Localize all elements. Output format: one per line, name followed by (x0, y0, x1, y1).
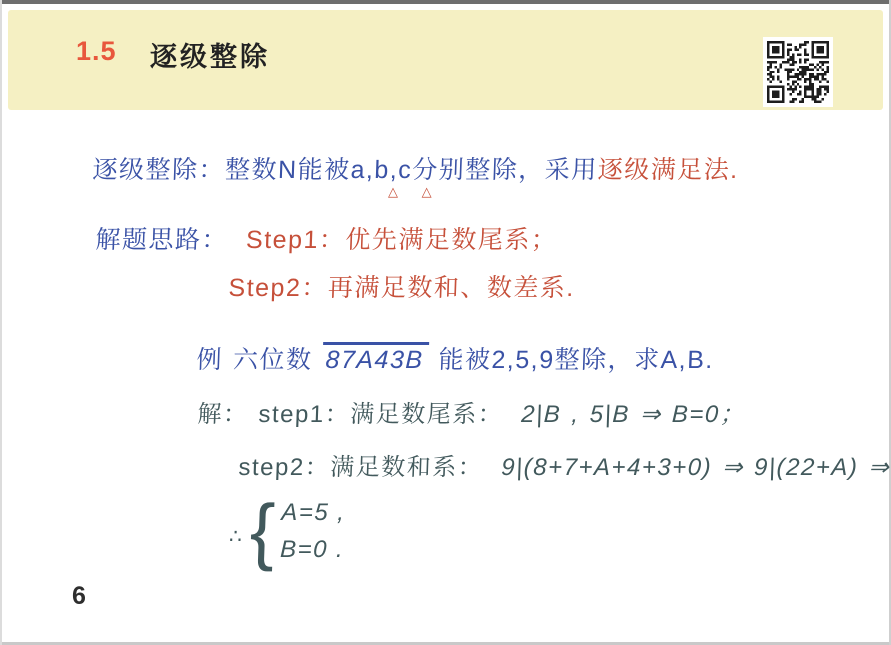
solution-step2-label: step2：满足数和系： (238, 454, 484, 481)
solution-step1-line: 解：step1：满足数尾系：2|B , 5|B ⇒ B=0； (197, 394, 746, 429)
qr-code-svg (767, 41, 829, 103)
approach-step1: Step1：优先满足数尾系； (246, 226, 558, 254)
solution-step2-line: step2：满足数和系：9|(8+7+A+4+3+0) ⇒ 9|(22+A) ⇒… (238, 447, 891, 482)
therefore-symbol: ∴ (229, 524, 243, 549)
example-tag: 例 (196, 346, 223, 374)
conclusion-line1: A=5 , (281, 499, 346, 527)
solution-label: 解： (197, 401, 249, 428)
system-lines: A=5 , B=0 . (280, 499, 346, 564)
definition-line: 逐级整除：整数N能被a,b,c分别整除，采用逐级满足法. (92, 150, 739, 186)
definition-text-blue: 逐级整除：整数N能被a,b,c分别整除，采用 (92, 156, 598, 184)
scan-edge-top (0, 0, 891, 4)
definition-text-red: 逐级满足法. (597, 156, 739, 184)
example-number-overlined: 87A43B (322, 342, 429, 375)
qr-code-icon (763, 37, 833, 107)
header-band (8, 10, 883, 110)
solution-step2-math: 9|(8+7+A+4+3+0) ⇒ 9|(22+A) ⇒ A=5. (501, 454, 891, 481)
conclusion-line2: B=0 . (280, 536, 345, 564)
page-number: 6 (72, 582, 86, 611)
example-line: 例六位数87A43B能被2,5,9整除，求A,B. (196, 340, 715, 376)
scanned-book-page: 1.5 逐级整除 逐级整除：整数N能被a,b,c分别整除，采用逐级满足法. △ … (0, 0, 891, 645)
scan-edge-left (0, 0, 2, 645)
conclusion-block: ∴ { A=5 , B=0 . (228, 494, 346, 568)
approach-line-2: Step2：再满足数和、数差系. (228, 268, 576, 304)
example-suffix: 能被2,5,9整除，求A,B. (438, 346, 714, 374)
solution-step1-math: 2|B , 5|B ⇒ B=0； (521, 401, 746, 428)
section-number: 1.5 (76, 36, 117, 67)
triangle-marks: △ △ (388, 184, 442, 200)
system-brace: { (249, 494, 276, 568)
approach-label: 解题思路： (95, 226, 228, 254)
approach-line-1: 解题思路：Step1：优先满足数尾系； (95, 220, 558, 256)
example-prefix: 六位数 (233, 346, 313, 374)
page-title: 逐级整除 (150, 35, 270, 74)
approach-step2: Step2：再满足数和、数差系. (228, 274, 575, 302)
solution-step1-label: step1：满足数尾系： (258, 401, 504, 428)
